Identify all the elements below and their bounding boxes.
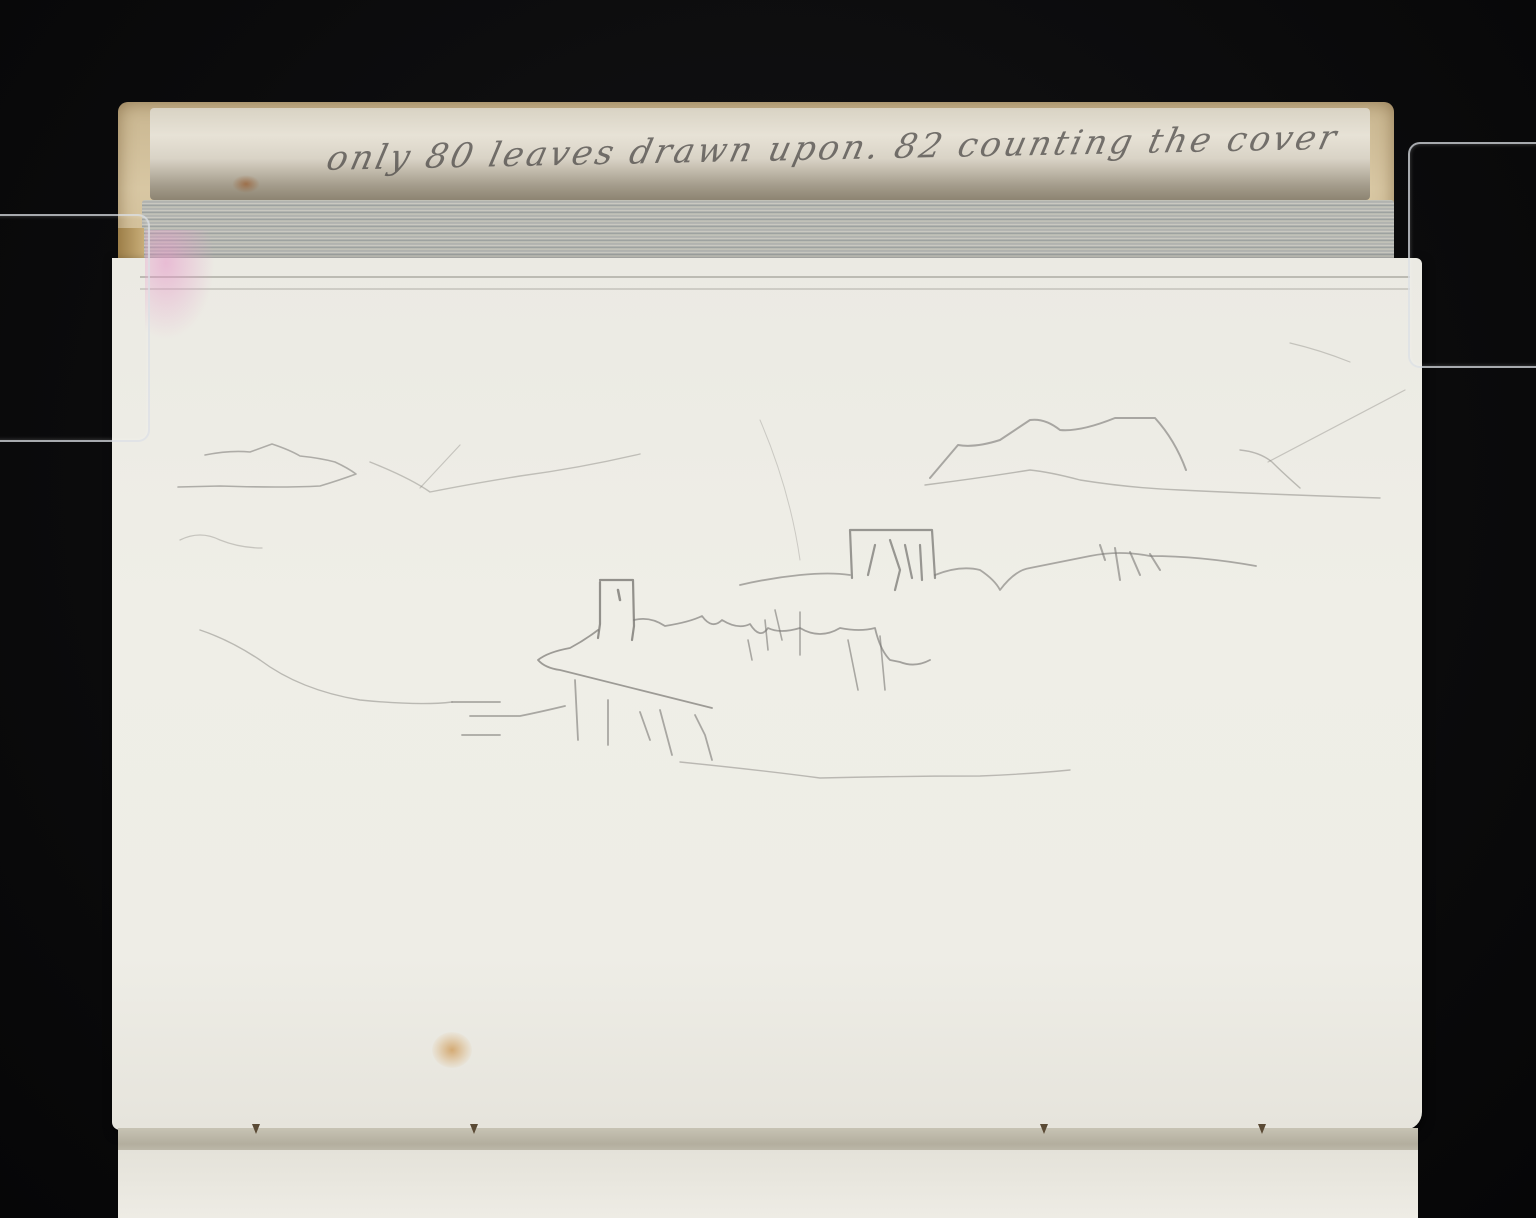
handwritten-inscription-line2: [426, 170, 1333, 192]
acrylic-clip-left: [0, 214, 150, 442]
flap-stain: [232, 175, 260, 193]
acrylic-clip-right: [1408, 142, 1536, 368]
pink-tint-top-left: [145, 230, 215, 340]
foxing-stain: [432, 1032, 472, 1068]
next-page: [118, 1150, 1418, 1218]
sketchbook-page: [112, 258, 1422, 1130]
page-fold-line: [140, 276, 1410, 290]
stacked-page-edges: [142, 200, 1394, 266]
